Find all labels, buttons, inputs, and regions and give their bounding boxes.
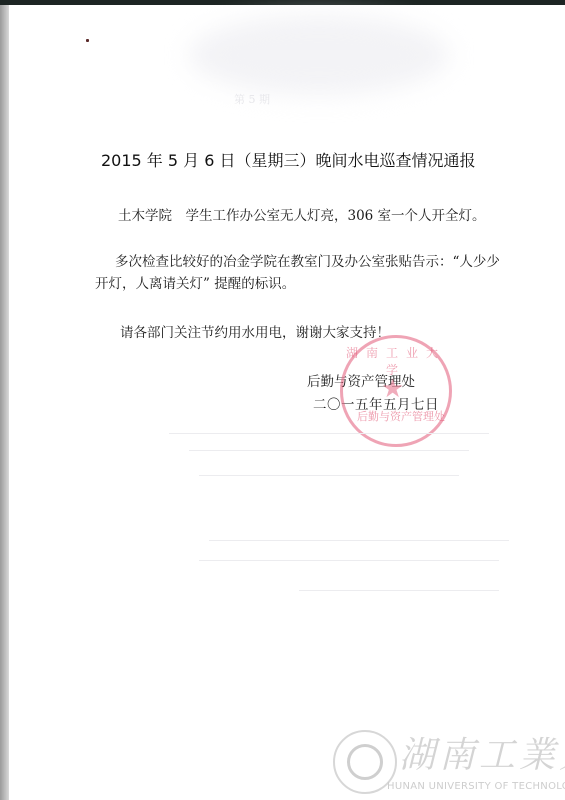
paragraph-civil-engineering: 土木学院 学生工作办公室无人灯亮，306 室一个人开全灯。 <box>118 204 486 224</box>
bleed-through-line <box>169 433 489 434</box>
paragraph-metallurgy-line1: 多次检查比较好的冶金学院在教室门及办公室张贴告示：“人少少 <box>115 250 500 270</box>
scanned-document-page: 第 5 期 2015 年 5 月 6 日（星期三）晚间水电巡查情况通报 土木学院… <box>9 5 565 800</box>
bleed-through-line <box>199 560 499 561</box>
bleed-through-line <box>209 540 509 541</box>
signature-date: 二〇一五年五月七日 <box>313 393 439 413</box>
scan-smudge <box>189 15 449 95</box>
bleed-through-line <box>199 475 459 476</box>
paragraph-closing: 请各部门关注节约用水用电，谢谢大家支持！ <box>120 321 390 341</box>
paragraph-metallurgy-line2: 开灯，人离请关灯” 提醒的标识。 <box>95 272 295 292</box>
university-name-cn: 湖南工業大學 <box>399 727 565 778</box>
official-seal-stamp: 湖南工业大学 ★ 后勤与资产管理处 <box>340 335 452 447</box>
document-title: 2015 年 5 月 6 日（星期三）晚间水电巡查情况通报 <box>101 148 476 171</box>
bleed-through-line <box>299 590 499 591</box>
scan-speck <box>86 39 89 42</box>
scan-edge-shadow <box>0 5 9 800</box>
bleed-through-line <box>189 450 469 451</box>
signature-department: 后勤与资产管理处 <box>307 370 415 390</box>
university-name-en: HUNAN UNIVERSITY OF TECHNOLOGY <box>387 781 565 792</box>
faint-bleed-header: 第 5 期 <box>234 91 270 107</box>
